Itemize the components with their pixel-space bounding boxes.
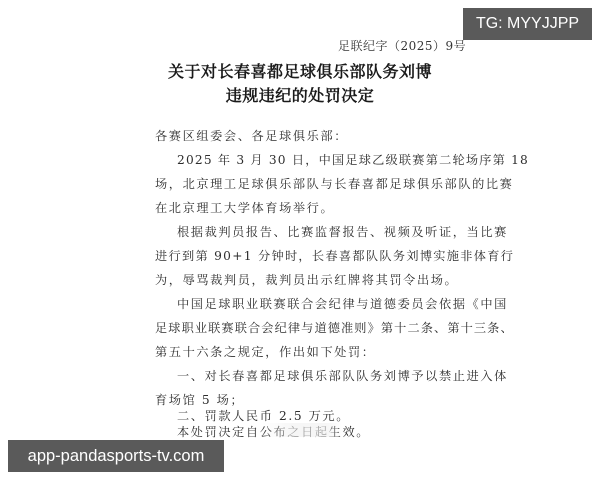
watermark-smudge (262, 423, 342, 437)
document-number: 足联纪字（2025）9号 (338, 37, 466, 54)
title-line-1: 关于对长春喜都足球俱乐部队务刘博 (150, 60, 450, 84)
penalty-1-line-1: 一、对长春喜都足球俱乐部队队务刘博予以禁止进入体 (177, 368, 508, 384)
paragraph-2-line-1: 根据裁判员报告、比赛监督报告、视频及听证，当比赛 (177, 224, 508, 240)
paragraph-2-line-2: 进行到第 90+1 分钟时，长春喜都队队务刘博实施非体育行 (155, 248, 514, 264)
paragraph-3-line-2: 足球职业联赛联合会纪律与道德准则》第十二条、第十三条、 (155, 320, 514, 336)
title-line-2: 违规违纪的处罚决定 (150, 84, 450, 108)
document-page: 足联纪字（2025）9号 关于对长春喜都足球俱乐部队务刘博 违规违纪的处罚决定 … (0, 0, 600, 480)
paragraph-1-line-3: 在北京理工大学体育场举行。 (155, 200, 334, 216)
site-watermark-badge: app-pandasports-tv.com (8, 440, 224, 472)
paragraph-3-line-3: 第五十六条之规定，作出如下处罚： (155, 344, 376, 360)
paragraph-1-line-2: 场，北京理工足球俱乐部队与长春喜都足球俱乐部队的比赛 (155, 176, 513, 192)
penalty-2: 二、罚款人民币 2.5 万元。 (177, 408, 350, 424)
tg-watermark-badge: TG: MYYJJPP (463, 8, 592, 40)
penalty-1-line-2: 育场馆 5 场； (155, 392, 244, 408)
paragraph-1-line-1: 2025 年 3 月 30 日，中国足球乙级联赛第二轮场序第 18 (177, 152, 529, 168)
paragraph-3-line-1: 中国足球职业联赛联合会纪律与道德委员会依据《中国 (177, 296, 508, 312)
document-title: 关于对长春喜都足球俱乐部队务刘博 违规违纪的处罚决定 (150, 60, 450, 108)
paragraph-2-line-3: 为，辱骂裁判员，裁判员出示红牌将其罚令出场。 (155, 272, 458, 288)
addressee: 各赛区组委会、各足球俱乐部： (155, 128, 348, 144)
